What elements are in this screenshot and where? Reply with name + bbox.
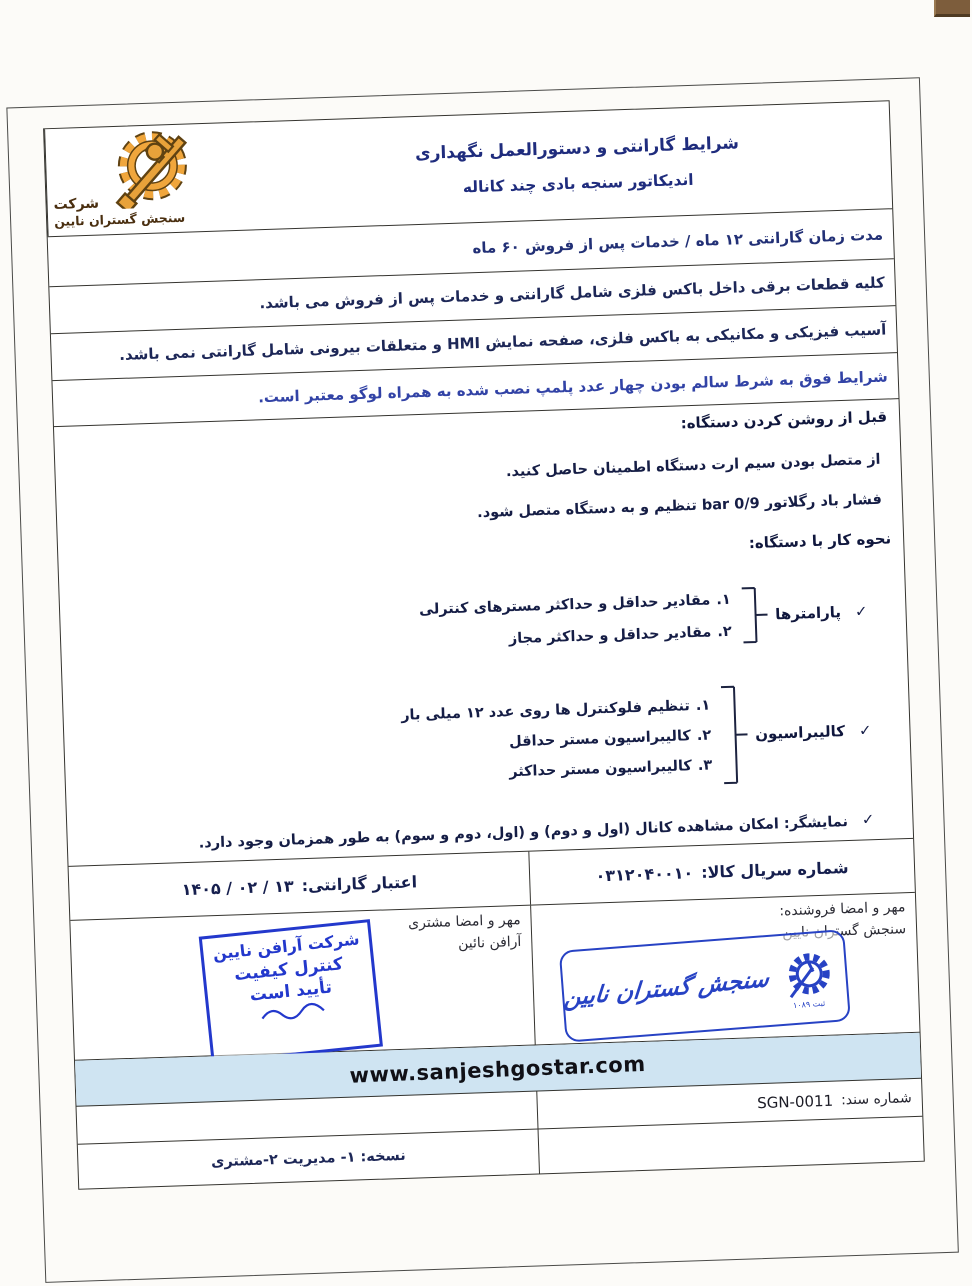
check-icon: ✓ bbox=[859, 721, 872, 739]
list-item-number: ۱. bbox=[696, 698, 711, 714]
title-block: شرایط گارانتی و دستورالعمل نگهداری اندیک… bbox=[263, 101, 892, 229]
list-item-text: مقادیر حداقل و حداکثر مجاز bbox=[509, 624, 712, 647]
website-url: www.sanjeshgostar.com bbox=[350, 1051, 647, 1087]
check-icon: ✓ bbox=[862, 810, 875, 833]
list-item-number: ۲. bbox=[717, 624, 732, 640]
customer-stamp-cell: مهر و امضا مشتری آرافن نائین شرکت آرافن … bbox=[70, 906, 534, 1060]
photo-desk-artifact bbox=[934, 0, 970, 17]
list-item-number: ۱. bbox=[716, 592, 731, 608]
list-item-text: کالیبراسیون مستر حداکثر bbox=[509, 758, 692, 780]
list-item-text: مقادیر حداقل و حداکثر مسترهای کنترلی bbox=[419, 592, 711, 618]
parameters-items: ۱. مقادیر حداقل و حداکثر مسترهای کنترلی … bbox=[419, 592, 732, 650]
validity-label: اعتبار گارانتی: bbox=[301, 872, 417, 895]
validity-value: ۱۳ / ۰۲ / ۱۴۰۵ bbox=[181, 876, 294, 899]
list-item: ۳. کالیبراسیون مستر حداکثر bbox=[403, 758, 713, 784]
page-title: شرایط گارانتی و دستورالعمل نگهداری bbox=[415, 133, 740, 164]
brace-connector-icon bbox=[740, 582, 768, 649]
instruction-earth-wire: از متصل بودن سیم ارت دستگاه اطمینان حاصل… bbox=[68, 451, 889, 494]
parameters-label: پارامترها bbox=[775, 603, 841, 623]
instruction-regulator: فشار باد رگلاتور 0/9 bar تنظیم و به دستگ… bbox=[69, 491, 890, 534]
stamps-row: مهر و امضا فروشنده: سنجش گستران نایین ثب… bbox=[70, 893, 919, 1061]
stamp-gear-icon: ثبت ۱۰۸۹ bbox=[766, 945, 847, 1012]
calibration-items: ۱. تنظیم فلوکنترل ها روی عدد ۱۲ میلی بار… bbox=[401, 698, 713, 784]
warranty-document-table: شرایط گارانتی و دستورالعمل نگهداری اندیک… bbox=[43, 100, 925, 1189]
list-item: ۲. کالیبراسیون مستر حداقل bbox=[402, 728, 712, 754]
parameters-group: ✓ پارامترها ۱. مقادیر حداقل و حداکثر مست… bbox=[72, 577, 895, 670]
list-item-text: کالیبراسیون مستر حداقل bbox=[509, 728, 691, 750]
list-item: ۱. مقادیر حداقل و حداکثر مسترهای کنترلی bbox=[419, 592, 731, 618]
seller-stamp-cell: مهر و امضا فروشنده: سنجش گستران نایین ثب… bbox=[530, 893, 919, 1045]
list-item-number: ۳. bbox=[698, 758, 713, 774]
logo-text: شرکت سنجش گستران نایین bbox=[53, 190, 260, 230]
list-item: ۲. مقادیر حداقل و حداکثر مجاز bbox=[420, 624, 732, 650]
serial-value: ۰۳۱۲۰۴۰۰۱۰ bbox=[595, 863, 693, 885]
serial-label: شماره سریال کالا: bbox=[701, 858, 849, 882]
doc-number-label: شماره سند: bbox=[841, 1090, 912, 1108]
page-subtitle: اندیکاتور سنجه بادی چند کاناله bbox=[463, 170, 694, 196]
list-item-text: تنظیم فلوکنترل ها روی عدد ۱۲ میلی بار bbox=[401, 698, 690, 724]
company-logo: شرکت سنجش گستران نایین bbox=[44, 122, 266, 236]
check-icon: ✓ bbox=[855, 602, 868, 620]
brace-connector-icon bbox=[719, 678, 749, 791]
instructions-block: قبل از روشن کردن دستگاه: از متصل بودن سی… bbox=[54, 399, 913, 867]
how-to-work-heading: نحوه کار با دستگاه: bbox=[70, 529, 891, 574]
calibration-group: ✓ کالیبراسیون ۱. تنظیم فلوکنترل ها روی ع… bbox=[75, 673, 899, 812]
list-item: ۱. تنظیم فلوکنترل ها روی عدد ۱۲ میلی بار bbox=[401, 698, 711, 724]
scanned-page: شرایط گارانتی و دستورالعمل نگهداری اندیک… bbox=[0, 53, 969, 1283]
calibration-label: کالیبراسیون bbox=[755, 722, 845, 743]
list-item-number: ۲. bbox=[697, 728, 712, 744]
doc-number-value: SGN-0011 bbox=[757, 1091, 834, 1112]
customer-stamp: شرکت آرافن نایین کنترل کیفیت تأیید است bbox=[199, 919, 383, 1064]
seller-stamp-script: سنجش گستران نایین bbox=[563, 966, 770, 1012]
